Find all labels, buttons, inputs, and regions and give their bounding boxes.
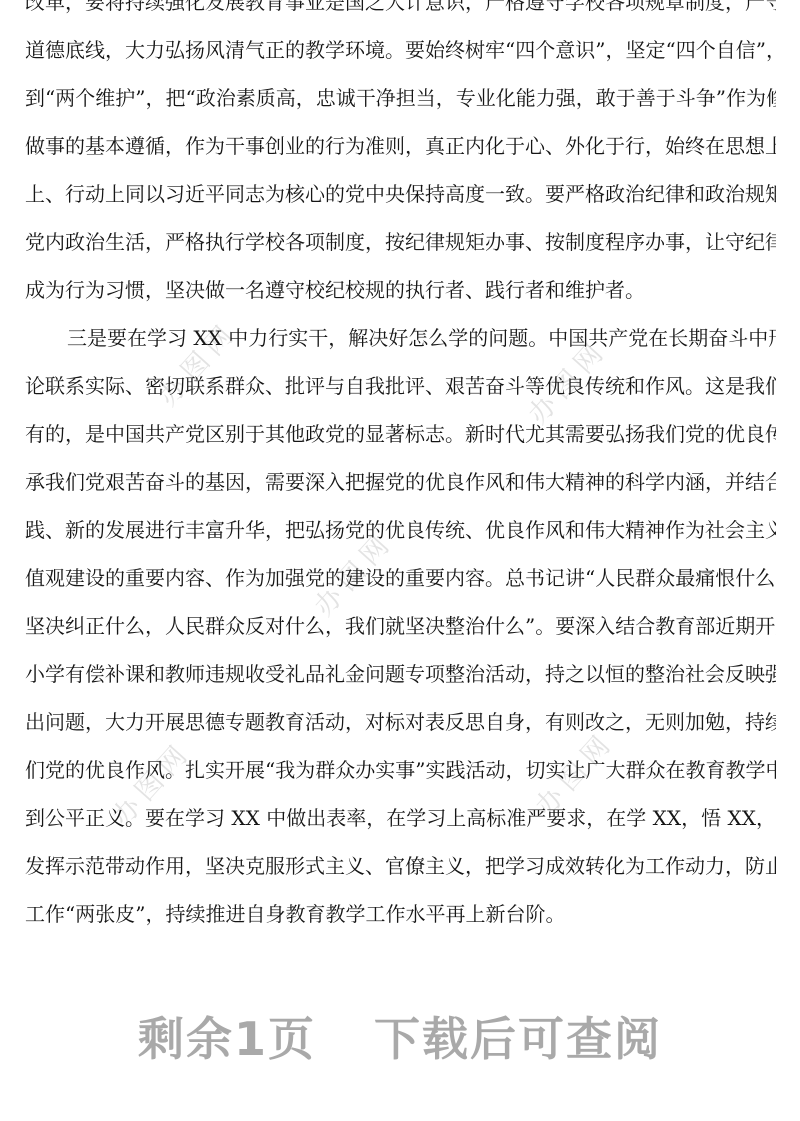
text-line: 到公平正义。要在学习 XX 中做出表率，在学习上高标准严要求，在学 XX，悟 X…	[25, 802, 776, 832]
text-line: 践、新的发展进行丰富升华，把弘扬党的优良传统、优良作风和伟大精神作为社会主义核心…	[25, 514, 776, 544]
text-line: 成为行为习惯，坚决做一名遵守校纪校规的执行者、践行者和维护者。	[25, 274, 776, 304]
download-hint-label: 下载后可查阅	[374, 1012, 662, 1066]
document-body: 改革，要将持续强化发展教育事业是国之大计意识，严格遵守学校各项规章制度，严守教师…	[0, 0, 800, 1121]
text-line: 们党的优良作风。扎实开展“我为群众办实事”实践活动，切实让广大群众在教育教学中感…	[25, 754, 776, 784]
document-page: 办图网 办图网 办图网 办图网 办图网 改革，要将持续强化发展教育事业是国之大计…	[0, 0, 800, 1121]
text-line: 做事的基本遵循，作为干事创业的行为准则，真正内化于心、外化于行，始终在思想上、政…	[25, 130, 776, 160]
text-line: 改革，要将持续强化发展教育事业是国之大计意识，严格遵守学校各项规章制度，严守教师…	[25, 0, 776, 16]
text-line: 上、行动上同以习近平同志为核心的党中央保持高度一致。要严格政治纪律和政治规矩，严…	[25, 178, 776, 208]
text-line: 承我们党艰苦奋斗的基因，需要深入把握党的优良作风和伟大精神的科学内涵，并结合新的…	[25, 466, 776, 496]
remaining-pages-label: 剩余1页	[138, 1012, 316, 1066]
text-line: 坚决纠正什么，人民群众反对什么，我们就坚决整治什么”。要深入结合教育部近期开展的…	[25, 610, 776, 640]
text-line: 出问题，大力开展思德专题教育活动，对标对表反思自身，有则改之，无则加勉，持续传承…	[25, 706, 776, 736]
text-line: 三是要在学习 XX 中力行实干，解决好怎么学的问题。中国共产党在长期奋斗中形成了…	[25, 322, 776, 352]
text-line: 有的，是中国共产党区别于其他政党的显著标志。新时代尤其需要弘扬我们党的优良传统、…	[25, 418, 776, 448]
text-line: 道德底线，大力弘扬风清气正的教学环境。要始终树牢“四个意识”，坚定“四个自信”，…	[25, 34, 776, 64]
preview-limit-notice: 剩余1页 下载后可查阅	[0, 1012, 800, 1066]
text-line: 小学有偿补课和教师违规收受礼品礼金问题专项整治活动，持之以恒的整治社会反映强烈的…	[25, 658, 776, 688]
text-line: 值观建设的重要内容、作为加强党的建设的重要内容。总书记讲“人民群众最痛恨什么，就…	[25, 562, 776, 592]
text-line: 论联系实际、密切联系群众、批评与自我批评、艰苦奋斗等优良传统和作风。这是我们党所…	[25, 370, 776, 400]
text-line: 到“两个维护”，把“政治素质高，忠诚干净担当，专业化能力强，敢于善于斗争”作为修…	[25, 82, 776, 112]
text-line: 党内政治生活，严格执行学校各项制度，按纪律规矩办事、按制度程序办事，让守纪律讲规…	[25, 226, 776, 256]
text-line: 发挥示范带动作用，坚决克服形式主义、官僚主义，把学习成效转化为工作动力，防止学习…	[25, 850, 776, 880]
text-line: 工作“两张皮”，持续推进自身教育教学工作水平再上新台阶。	[25, 898, 776, 928]
